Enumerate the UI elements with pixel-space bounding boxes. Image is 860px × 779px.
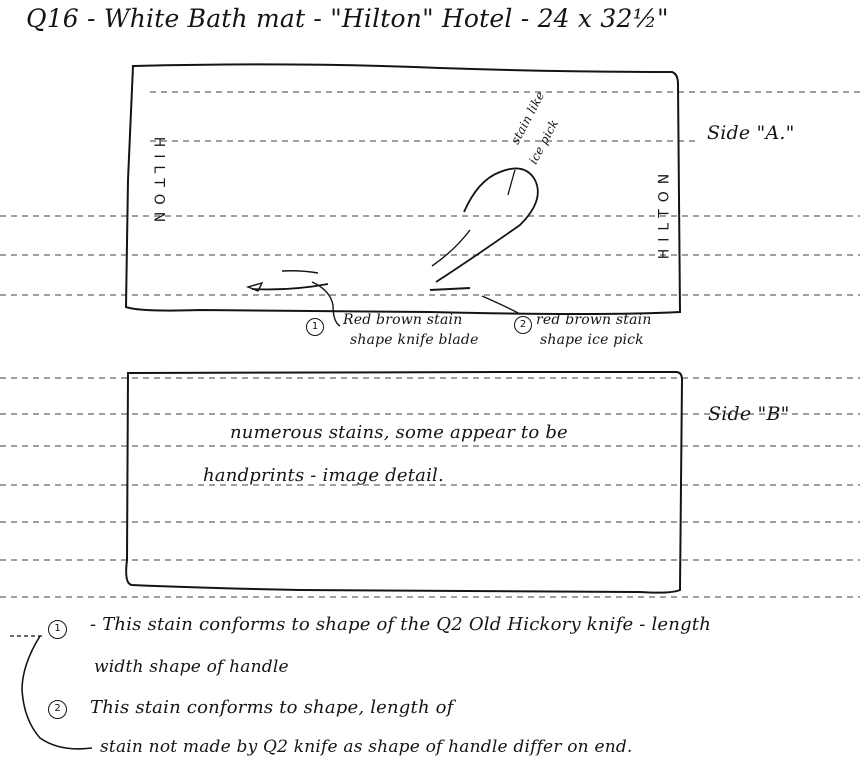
footnote-marker-1: 1 [48, 620, 67, 639]
footnote-2-line1: This stain conforms to shape, length of [90, 697, 454, 718]
callout-marker-2: 2 [514, 316, 532, 334]
mat-text-hilton-left: HILTON [150, 137, 166, 230]
mat-text-hilton-right: HILTON [656, 167, 672, 260]
page-title: Q16 - White Bath mat - "Hilton" Hotel - … [26, 4, 669, 33]
callout-2-line1: red brown stain [536, 312, 652, 328]
footnote-bracket [22, 636, 92, 749]
callout-1-line1: Red brown stain [343, 312, 462, 328]
callout-2-line2: shape ice pick [540, 332, 644, 348]
callout-marker-1: 1 [306, 318, 324, 336]
ice-pick-stain-sketch [436, 168, 538, 282]
footnote-marker-2: 2 [48, 700, 67, 719]
side-a-label: Side "A." [707, 122, 795, 144]
side-b-note-line1: numerous stains, some appear to be [230, 422, 568, 443]
side-b-note-line2: handprints - image detail. [203, 465, 444, 486]
footnote-1-line1: - This stain conforms to shape of the Q2… [90, 614, 711, 635]
footnote-2-line2: stain not made by Q2 knife as shape of h… [100, 737, 633, 757]
footnote-1-line2: width shape of handle [94, 657, 289, 677]
side-b-label: Side "B" [708, 403, 790, 425]
side-a-mat-outline [126, 64, 680, 314]
callout-1-line2: shape knife blade [350, 332, 479, 348]
scanned-note-page: Q16 - White Bath mat - "Hilton" Hotel - … [0, 0, 860, 779]
